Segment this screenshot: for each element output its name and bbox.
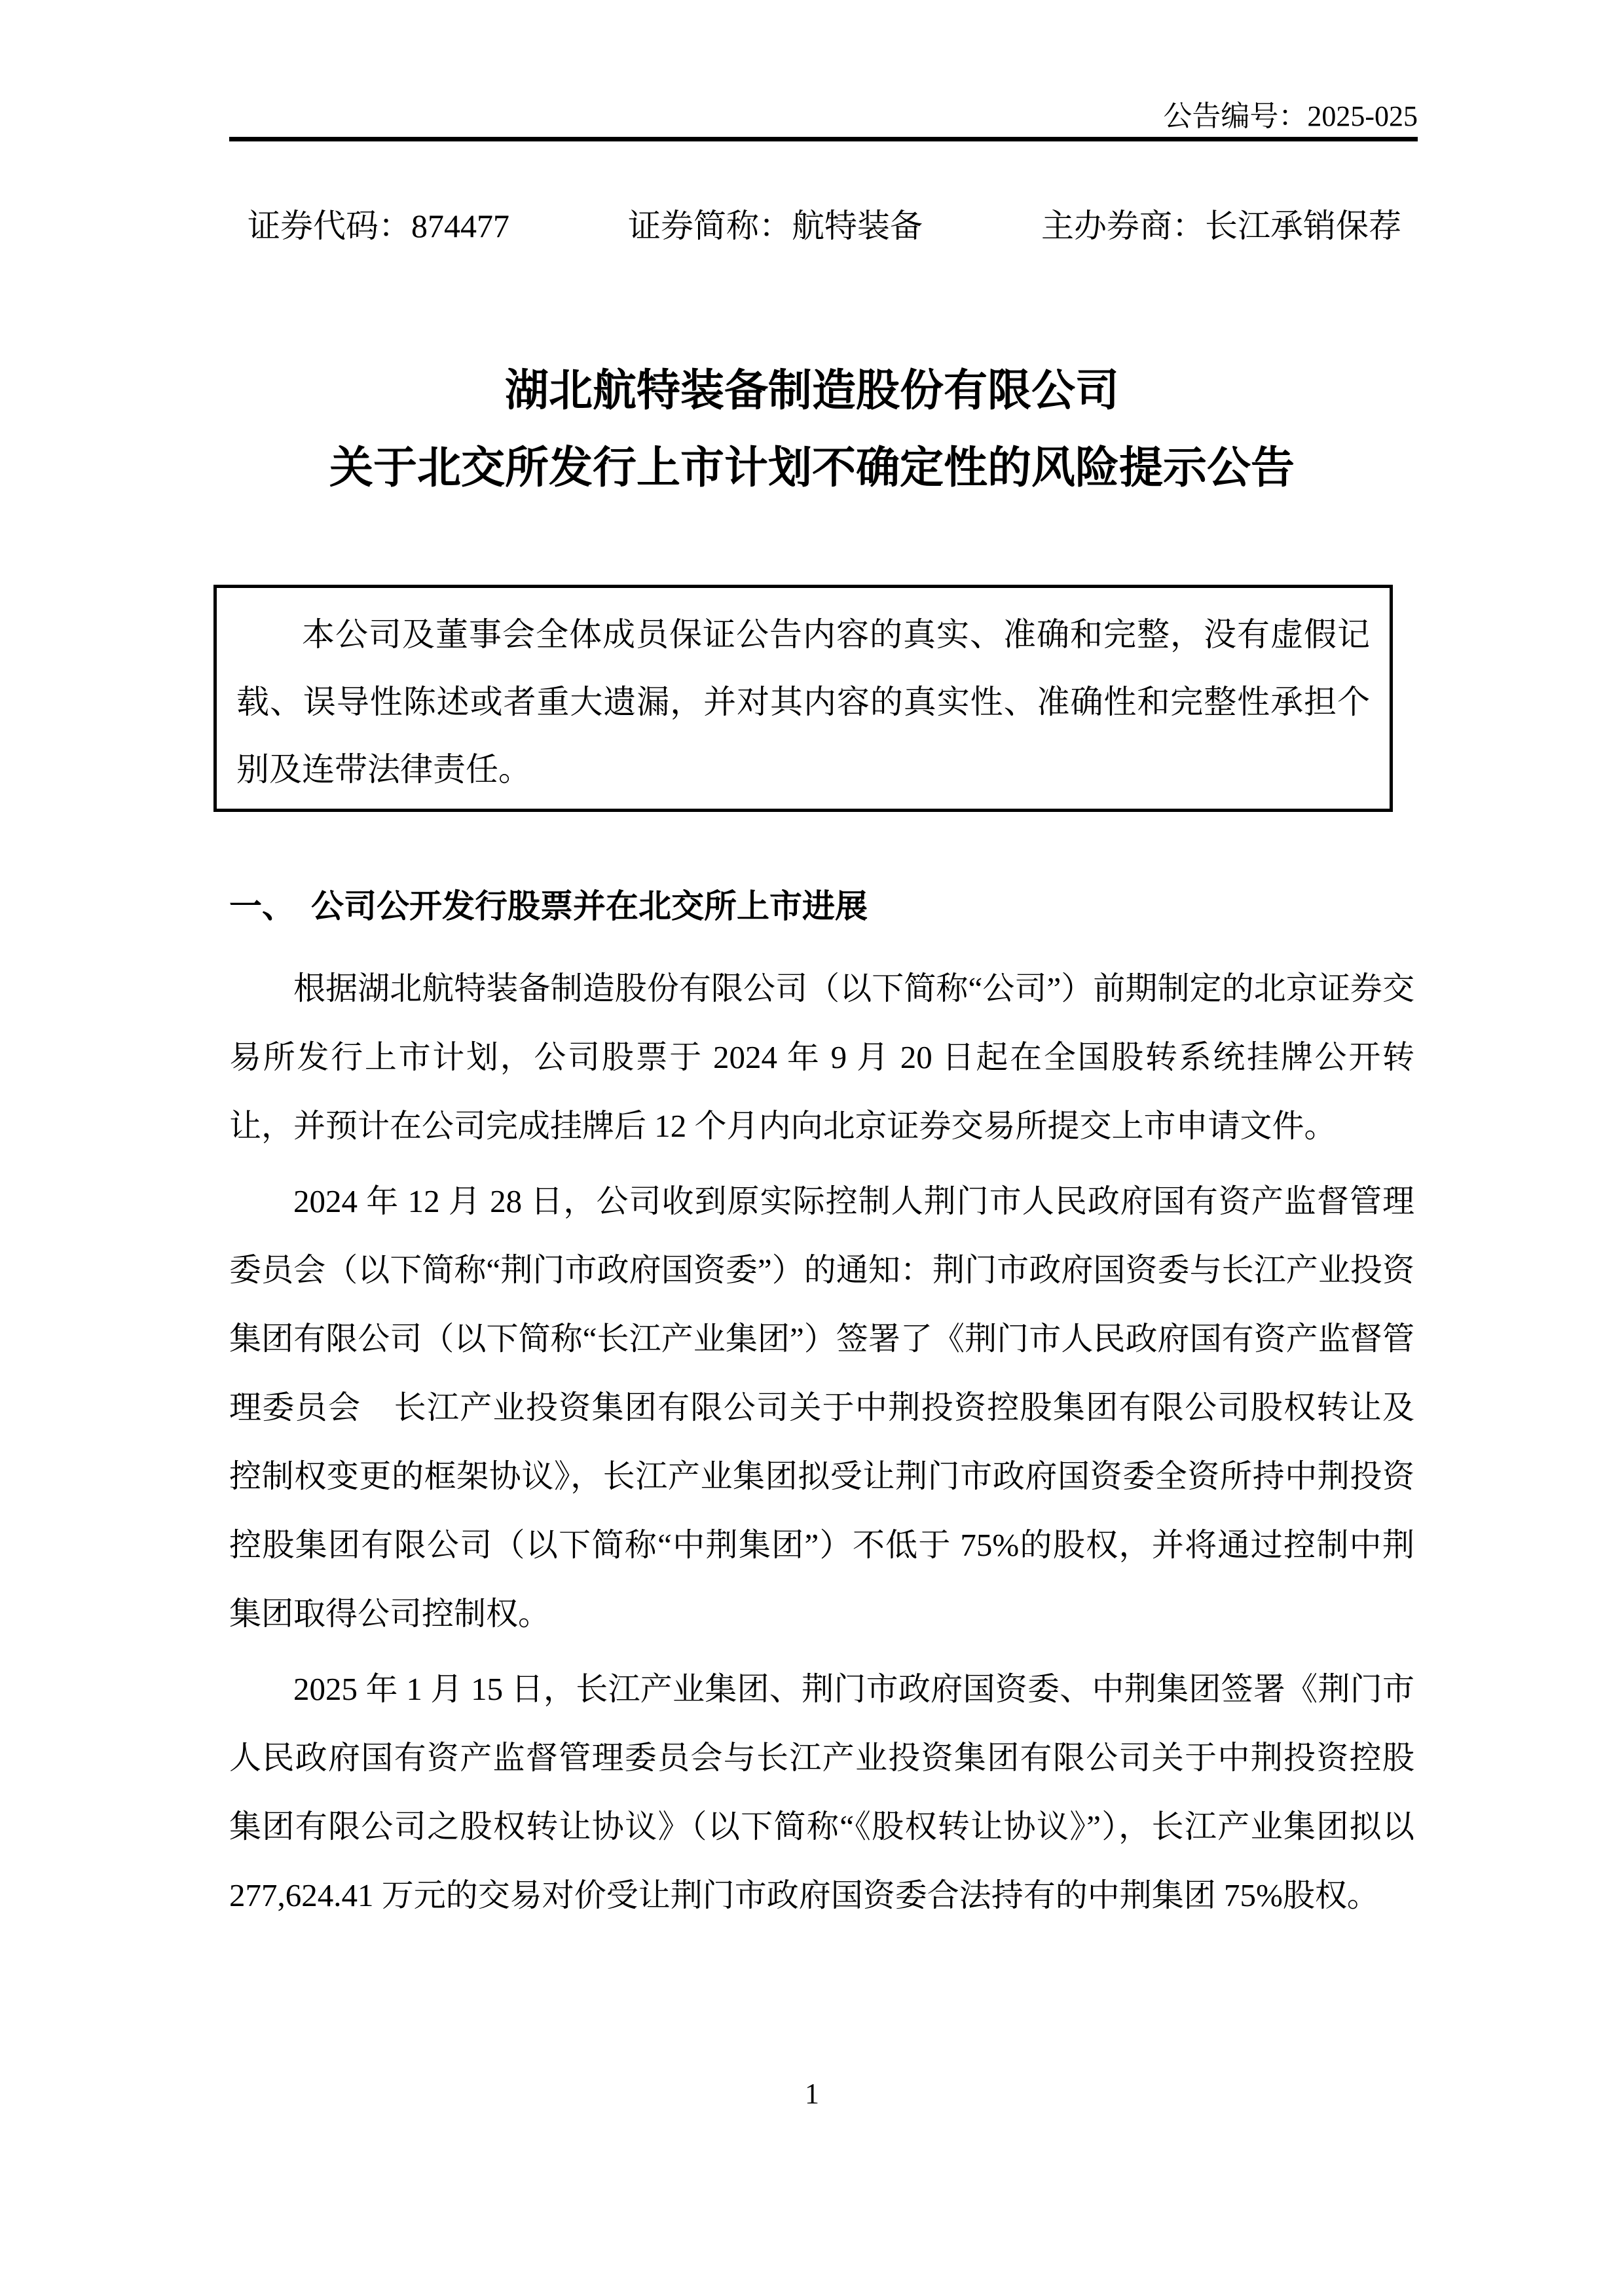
header-rule xyxy=(229,137,1418,141)
paragraph-3: 2025 年 1 月 15 日，长江产业集团、荆门市政府国资委、中荆集团签署《荆… xyxy=(229,1655,1414,1930)
paragraph-2: 2024 年 12 月 28 日，公司收到原实际控制人荆门市人民政府国有资产监督… xyxy=(229,1167,1414,1648)
document-page: 公告编号：2025-025 证券代码：874477 证券简称：航特装备 主办券商… xyxy=(0,0,1624,2295)
stock-short-name: 证券简称：航特装备 xyxy=(628,207,923,245)
disclaimer-box: 本公司及董事会全体成员保证公告内容的真实、准确和完整，没有虚假记载、误导性陈述或… xyxy=(213,585,1393,812)
disclaimer-text: 本公司及董事会全体成员保证公告内容的真实、准确和完整，没有虚假记载、误导性陈述或… xyxy=(236,601,1370,803)
stock-code: 证券代码：874477 xyxy=(248,207,509,245)
stock-short-label: 证券简称： xyxy=(628,208,792,244)
page-number: 1 xyxy=(0,2077,1624,2111)
stock-short-value: 航特装备 xyxy=(792,208,923,244)
paragraph-1: 根据湖北航特装备制造股份有限公司（以下简称“公司”）前期制定的北京证券交易所发行… xyxy=(229,954,1414,1160)
document-title: 湖北航特装备制造股份有限公司 关于北交所发行上市计划不确定性的风险提示公告 xyxy=(0,352,1624,507)
stock-code-label: 证券代码： xyxy=(248,208,411,244)
securities-info-row: 证券代码：874477 证券简称：航特装备 主办券商：长江承销保荐 xyxy=(248,207,1401,245)
document-title-line2: 关于北交所发行上市计划不确定性的风险提示公告 xyxy=(0,430,1624,507)
document-body: 一、 公司公开发行股票并在北交所上市进展 根据湖北航特装备制造股份有限公司（以下… xyxy=(229,872,1414,1930)
sponsor: 主办券商：长江承销保荐 xyxy=(1041,207,1401,245)
section-heading: 一、 公司公开发行股票并在北交所上市进展 xyxy=(229,872,1414,941)
document-title-line1: 湖北航特装备制造股份有限公司 xyxy=(0,352,1624,430)
sponsor-value: 长江承销保荐 xyxy=(1205,208,1401,244)
sponsor-label: 主办券商： xyxy=(1041,208,1205,244)
stock-code-value: 874477 xyxy=(411,208,509,244)
announcement-number: 公告编号：2025-025 xyxy=(1163,100,1418,134)
